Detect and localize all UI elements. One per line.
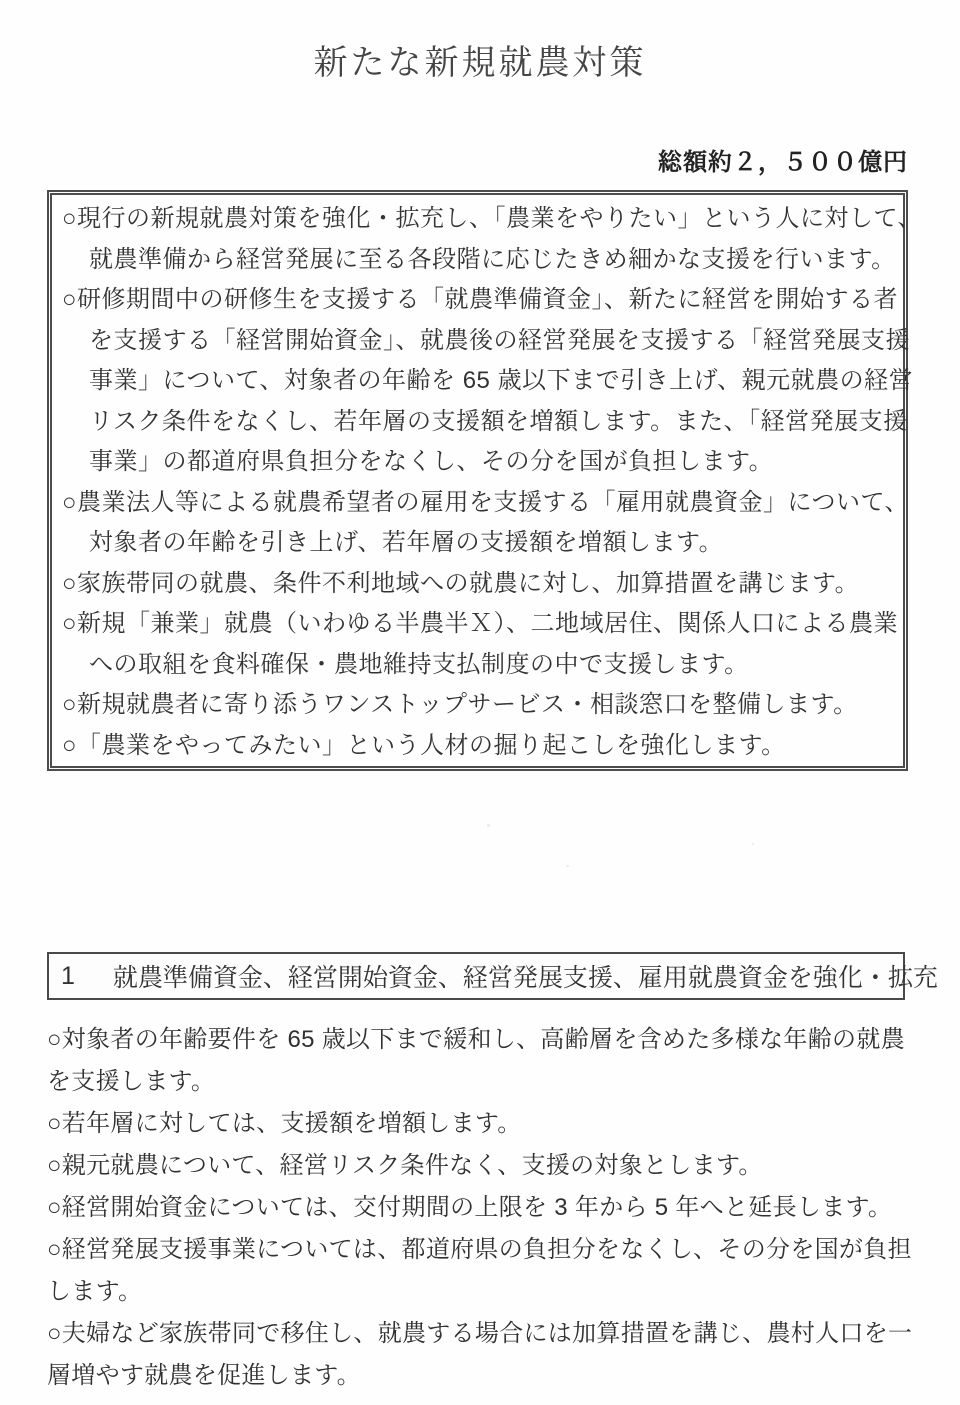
summary-line: 事業」の都道府県負担分をなくし、その分を国が負担します。	[62, 442, 897, 483]
summary-line: ○新規「兼業」就農（いわゆる半農半Ｘ）、二地域居住、関係人口による農業	[62, 604, 897, 645]
summary-line: 事業」について、対象者の年齢を 65 歳以下まで引き上げ、親元就農の経営	[62, 361, 897, 402]
scan-speck	[487, 824, 490, 827]
section1-line: します。	[47, 1271, 917, 1313]
summary-line: ○現行の新規就農対策を強化・拡充し、「農業をやりたい」という人に対して、	[62, 199, 897, 240]
summary-line: リスク条件をなくし、若年層の支援額を増額します。また、「経営発展支援	[62, 402, 897, 443]
summary-line: ○家族帯同の就農、条件不利地域への就農に対し、加算措置を講じます。	[62, 564, 897, 605]
summary-line: 対象者の年齢を引き上げ、若年層の支援額を増額します。	[62, 523, 897, 564]
section1-line: を支援します。	[47, 1061, 917, 1103]
scan-speck	[566, 865, 569, 867]
summary-line: ○「農業をやってみたい」という人材の掘り起こしを強化します。	[62, 726, 897, 767]
summary-box: ○現行の新規就農対策を強化・拡充し、「農業をやりたい」という人に対して、 就農準…	[47, 190, 908, 771]
summary-line: ○農業法人等による就農希望者の雇用を支援する「雇用就農資金」について、	[62, 483, 897, 524]
summary-line: ○新規就農者に寄り添うワンストップサービス・相談窓口を整備します。	[62, 685, 897, 726]
document-page: 新たな新規就農対策 総額約２，５００億円 ○現行の新規就農対策を強化・拡充し、「…	[0, 0, 960, 1405]
section1-line: 層増やす就農を促進します。	[47, 1355, 917, 1397]
section1-number: 1	[61, 962, 75, 991]
section1-line: ○経営発展支援事業については、都道府県の負担分をなくし、その分を国が負担	[47, 1229, 917, 1271]
section1-title: 就農準備資金、経営開始資金、経営発展支援、雇用就農資金を強化・拡充	[113, 958, 938, 994]
summary-line: を支援する「経営開始資金」、就農後の経営発展を支援する「経営発展支援	[62, 321, 897, 362]
summary-line: ○研修期間中の研修生を支援する「就農準備資金」、新たに経営を開始する者	[62, 280, 897, 321]
scan-speck	[752, 843, 754, 845]
section1-heading-box: 1 就農準備資金、経営開始資金、経営発展支援、雇用就農資金を強化・拡充	[47, 952, 905, 1000]
section1-line: ○親元就農について、経営リスク条件なく、支援の対象とします。	[47, 1145, 917, 1187]
section1-line: ○対象者の年齢要件を 65 歳以下まで緩和し、高齢層を含めた多様な年齢の就農	[47, 1019, 917, 1061]
section1-body: ○対象者の年齢要件を 65 歳以下まで緩和し、高齢層を含めた多様な年齢の就農 を…	[47, 1019, 917, 1397]
summary-line: への取組を食料確保・農地維持支払制度の中で支援します。	[62, 645, 897, 686]
section1-line: ○夫婦など家族帯同で移住し、就農する場合には加算措置を講じ、農村人口を一	[47, 1313, 917, 1355]
total-amount: 総額約２，５００億円	[658, 145, 908, 181]
section1-line: ○若年層に対しては、支援額を増額します。	[47, 1103, 917, 1145]
section1-line: ○経営開始資金については、交付期間の上限を 3 年から 5 年へと延長します。	[47, 1187, 917, 1229]
document-title: 新たな新規就農対策	[0, 38, 960, 88]
summary-line: 就農準備から経営発展に至る各段階に応じたきめ細かな支援を行います。	[62, 240, 897, 281]
